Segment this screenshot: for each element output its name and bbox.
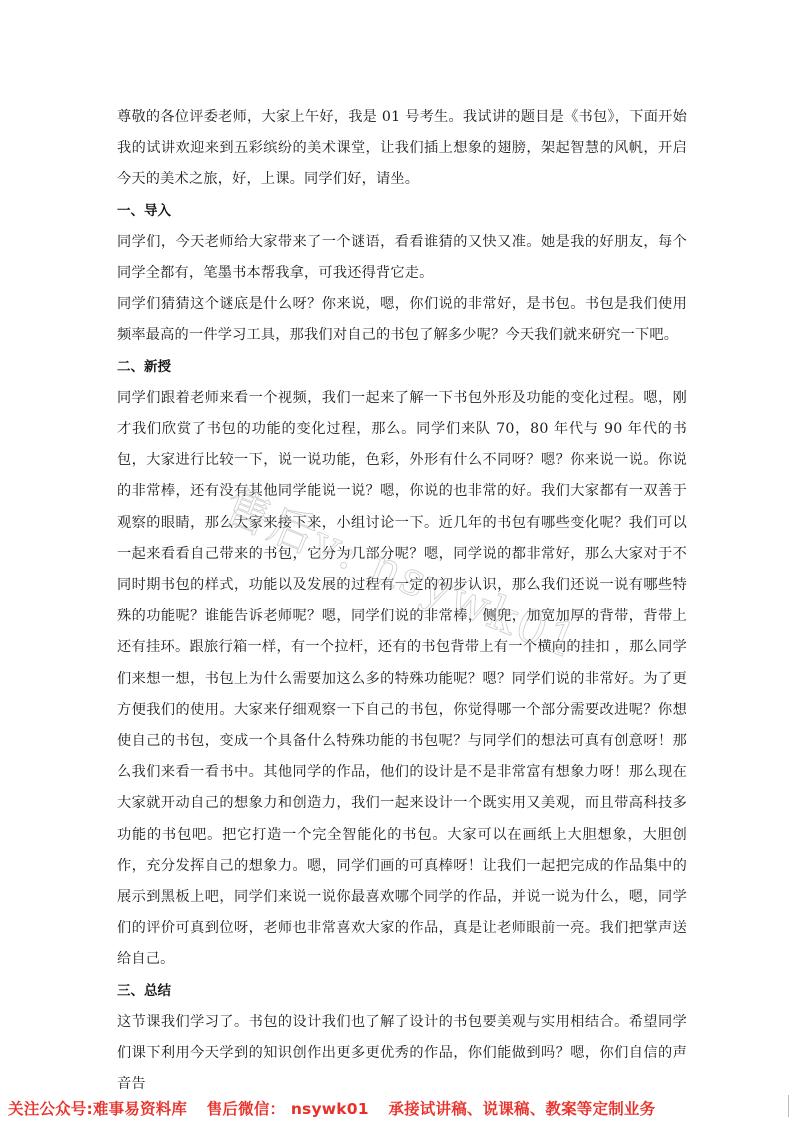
footer-wechat: 售后微信： nsywk01	[207, 1100, 369, 1118]
section-intro: 一、导入 同学们，今天老师给大家带来了一个谜语，看看谁猜的又快又准。她是我的好朋…	[117, 196, 687, 352]
footer-public-account: 关注公众号:难事易资料库	[8, 1100, 187, 1118]
paragraph: 这节课我们学习了。书包的设计我们也了解了设计的书包要美观与实用相结合。希望同学们…	[117, 1007, 687, 1101]
intro-paragraph: 尊敬的各位评委老师，大家上午好，我是 01 号考生。我试讲的题目是《书包》，下面…	[117, 102, 687, 196]
footer-banner: 关注公众号:难事易资料库 售后微信： nsywk01 承接试讲稿、说课稿、教案等…	[8, 1097, 781, 1119]
footer-service: 承接试讲稿、说课稿、教案等定制业务	[388, 1100, 655, 1118]
paragraph: 同学们，今天老师给大家带来了一个谜语，看看谁猜的又快又准。她是我的好朋友，每个同…	[117, 227, 687, 289]
document-page: 尊敬的各位评委老师，大家上午好，我是 01 号考生。我试讲的题目是《书包》，下面…	[117, 102, 687, 1101]
section-heading: 一、导入	[117, 196, 687, 227]
paragraph: 同学们跟着老师来看一个视频，我们一起来了解一下书包外形及功能的变化过程。嗯，刚才…	[117, 383, 687, 976]
page-edge-divider	[788, 1095, 789, 1117]
section-heading: 三、总结	[117, 976, 687, 1007]
section-new-lesson: 二、新授 同学们跟着老师来看一个视频，我们一起来了解一下书包外形及功能的变化过程…	[117, 352, 687, 976]
paragraph: 同学们猜猜这个谜底是什么呀？你来说，嗯，你们说的非常好，是书包。书包是我们使用频…	[117, 289, 687, 351]
section-heading: 二、新授	[117, 352, 687, 383]
section-summary: 三、总结 这节课我们学习了。书包的设计我们也了解了设计的书包要美观与实用相结合。…	[117, 976, 687, 1101]
